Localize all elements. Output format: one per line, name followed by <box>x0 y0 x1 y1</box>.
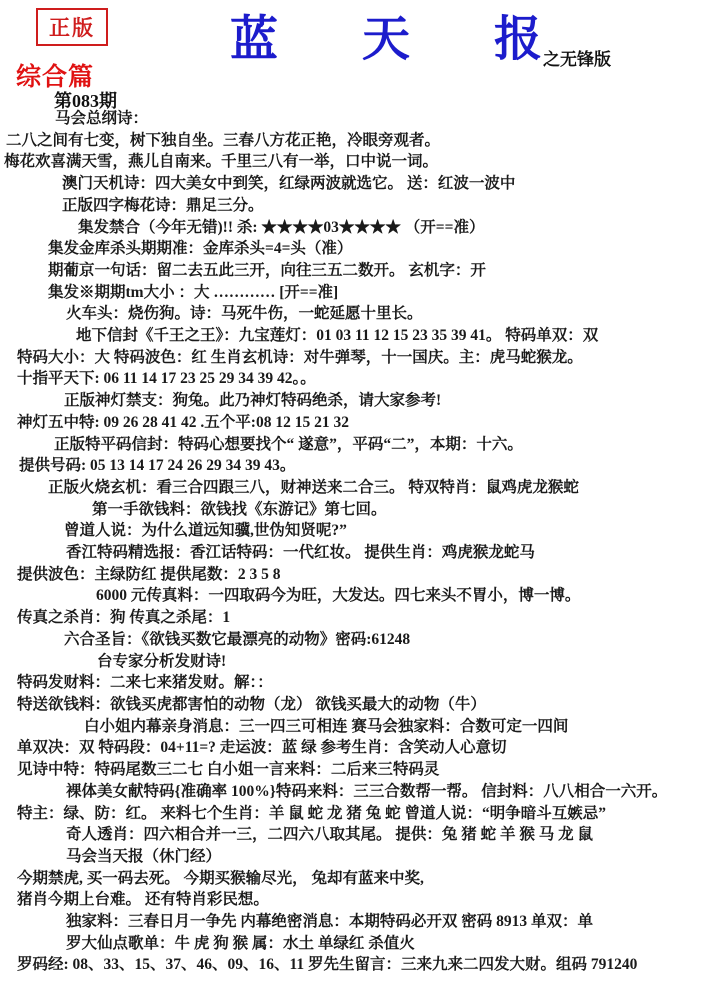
page-title: 蓝 天 报 <box>230 0 578 69</box>
report-line: 传真之杀肖：狗 传真之杀尾：1 <box>0 607 702 629</box>
report-line: 6000 元传真料：一四取码今为旺，大发达。四七来头不胃小，博一博。 <box>0 585 702 607</box>
report-line: 六合圣旨：《欲钱买数它最漂亮的动物》密码:61248 <box>0 629 702 651</box>
report-line: 提供号码: 05 13 14 17 24 26 29 34 39 43。 <box>0 455 702 477</box>
report-line: 特码大小：大 特码波色：红 生肖玄机诗：对牛弹琴，十一国庆。主：虎马蛇猴龙。 <box>0 347 702 369</box>
report-line: 见诗中特：特码尾数三二七 白小姐一言来料：二后来三特码灵 <box>0 759 702 781</box>
report-line: 十指平天下: 06 11 14 17 23 25 29 34 39 42。。 <box>0 368 702 390</box>
report-line: 白小姐内幕亲身消息：三一四三可相连 赛马会独家料：合数可定一四间 <box>0 716 702 738</box>
report-line: 地下信封《千王之王》：九宝莲灯：01 03 11 12 15 23 35 39 … <box>0 325 702 347</box>
report-line: 第一手欲钱料：欲钱找《东游记》第七回。 <box>0 499 702 521</box>
report-line: 正版特平码信封：特码心想要找个“ 遂意”，平码“二”，本期：十六。 <box>0 434 702 456</box>
report-line: 马会总纲诗： <box>0 108 702 130</box>
report-line: 神灯五中特: 09 26 28 41 42 .五个平:08 12 15 21 3… <box>0 412 702 434</box>
report-line: 火车头：烧伤狗。诗：马死牛伤，一蛇延愿十里长。 <box>0 303 702 325</box>
report-line: 期葡京一句话：留二去五此三开，向往三五二数开。 玄机字：开 <box>0 260 702 282</box>
report-body: 马会总纲诗：二八之间有七变，树下独自坐。三春八方花正艳，冷眼旁观者。梅花欢喜满天… <box>0 108 702 976</box>
report-line: 特主：绿、防：红。 来料七个生肖：羊 鼠 蛇 龙 猪 兔 蛇 曾道人说：“明争暗… <box>0 803 702 825</box>
report-line: 单双决：双 特码段：04+11=? 走运波：蓝 绿 参考生肖：含笑动人心意切 <box>0 737 702 759</box>
report-line: 集发禁合（今年无错)!! 杀: ★★★★03★★★★ （开==准） <box>0 217 702 239</box>
report-line: 曾道人说：为什么道远知骥,世伪知贤呢?” <box>0 520 702 542</box>
report-line: 今期禁虎, 买一码去死。 今期买猴输尽光， 兔却有蓝来中奖, <box>0 868 702 890</box>
report-line: 正版四字梅花诗：鼎足三分。 <box>0 195 702 217</box>
report-line: 二八之间有七变，树下独自坐。三春八方花正艳，冷眼旁观者。 <box>0 130 702 152</box>
report-line: 正版神灯禁支：狗兔。此乃神灯特码绝杀，请大家参考! <box>0 390 702 412</box>
report-line: 特码发财料：二来七来猪发财。解：： <box>0 672 702 694</box>
authentic-badge: 正版 <box>36 8 108 46</box>
report-line: 集发金库杀头期期准：金库杀头=4=头（准） <box>0 238 702 260</box>
report-line: 正版火烧玄机：看三合四跟三八，财神送来二合三。 特双特肖：鼠鸡虎龙猴蛇 <box>0 477 702 499</box>
report-line: 罗码经: 08、33、15、37、46、09、16、11 罗先生留言：三来九来二… <box>0 954 702 976</box>
edition-label: 之无锋版 <box>543 45 611 70</box>
report-line: 澳门天机诗：四大美女中到笑，红绿两波就选它。 送：红波一波中 <box>0 173 702 195</box>
report-line: 裸体美女献特码{准确率 100%}特码来料：三三合数帮一帮。 信封料：八八相合一… <box>0 781 702 803</box>
report-line: 特送欲钱料：欲钱买虎都害怕的动物（龙） 欲钱买最大的动物（牛） <box>0 694 702 716</box>
report-line: 提供波色：主绿防红 提供尾数：2 3 5 8 <box>0 564 702 586</box>
report-line: 独家料：三春日月一争先 内幕绝密消息：本期特码必开双 密码 8913 单双：单 <box>0 911 702 933</box>
report-line: 罗大仙点歌单：牛 虎 狗 猴 属：水土 单绿红 杀值火 <box>0 933 702 955</box>
report-line: 梅花欢喜满天雪，燕儿自南来。千里三八有一举，口中说一词。 <box>0 151 702 173</box>
blue-sky-report-page: 正版 蓝 天 报 之无锋版 综合篇 第083期 马会总纲诗：二八之间有七变，树下… <box>0 0 702 997</box>
report-line: 台专家分析发财诗! <box>0 651 702 673</box>
report-line: 集发※期期tm大小 ：大 ………… [开==准] <box>0 282 702 304</box>
report-line: 猪肖今期上台难。 还有特肖彩民想。 <box>0 889 702 911</box>
report-line: 香江特码精选报：香江话特码：一代红妆。 提供生肖：鸡虎猴龙蛇马 <box>0 542 702 564</box>
report-line: 马会当天报（休门经） <box>0 846 702 868</box>
report-line: 奇人透肖：四六相合并一三，二四六八取其尾。 提供：兔 猪 蛇 羊 猴 马 龙 鼠 <box>0 824 702 846</box>
